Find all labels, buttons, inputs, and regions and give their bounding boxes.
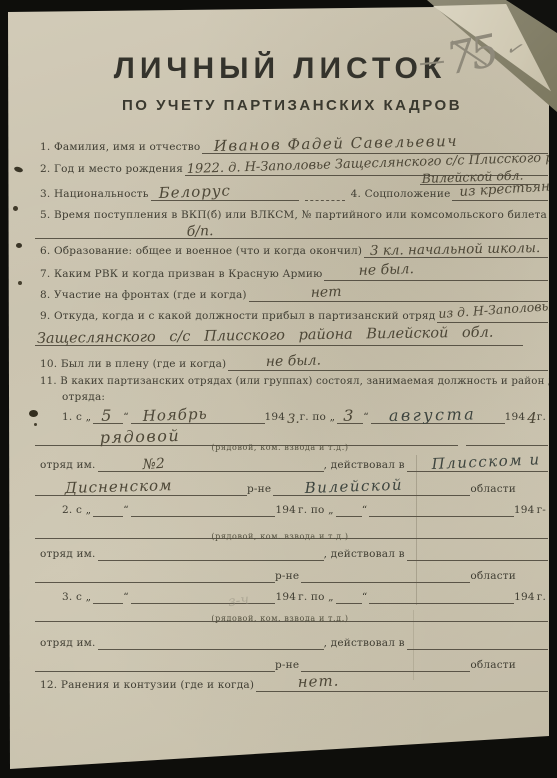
field-9-row: 9. Откуда, когда и с какой должности при… <box>40 308 548 323</box>
field-10-label: 10. Был ли в плену (где и когда) <box>40 358 228 371</box>
quote-mark: “ <box>363 411 371 424</box>
service-3-district-line <box>35 657 275 672</box>
otryad-label: отряд им. <box>40 637 98 650</box>
oblast-label: области <box>470 570 518 583</box>
printed-po: г. по „ <box>298 504 336 517</box>
field-12-row: 12. Ранения и контузии (где и когда) нет… <box>40 677 548 692</box>
service-1-month-from: Ноябрь <box>142 407 207 424</box>
ink-blot <box>29 410 38 417</box>
field-3-line: Белорус <box>151 186 299 201</box>
service-1-district-row: Дисненском р-не Вилейской области <box>35 481 518 496</box>
printed-year: 194 <box>275 591 298 604</box>
service-1-prefix: 1. с „ <box>62 411 93 424</box>
field-10-row: 10. Был ли в плену (где и когда) не был. <box>40 356 548 371</box>
hole-mark <box>13 206 18 211</box>
field-6-label: 6. Образование: общее и военное (что и к… <box>40 245 364 258</box>
document-title: ЛИЧНЫЙ ЛИСТОК <box>60 52 500 86</box>
field-9-handwritten: из д. Н-Заполовья <box>438 299 557 320</box>
field-4-line: из крестьян <box>452 186 548 201</box>
otryad-label: отряд им. <box>40 548 98 561</box>
service-3-oblast-line <box>301 657 470 672</box>
field-7-line: не был. <box>324 266 548 281</box>
field-1-row: 1. Фамилия, имя и отчество Иванов Фадей … <box>40 139 548 154</box>
printed-year: 194 <box>514 591 537 604</box>
service-1-unit-line: №2 <box>98 457 324 472</box>
service-2-day-to-line <box>336 502 362 517</box>
field-8-line: нет <box>249 287 548 302</box>
service-1-district-line: Дисненском <box>35 481 247 496</box>
field-12-line: нет. <box>256 677 548 692</box>
field-3-label: 3. Национальность <box>40 188 151 201</box>
field-4-label: 4. Соцположение <box>351 188 453 201</box>
rank-caption-1: (рядовой, ком. взвода и т.д.) <box>150 443 410 452</box>
service-row-1-dates: 1. с „ 5 “ Ноябрь 194 3. г. по „ 3 “ авг… <box>62 409 548 424</box>
field-11-label-line1: 11. В каких партизанских отрядах (или гр… <box>40 376 557 389</box>
field-9-row2: Защеслянского с/с Плисского района Вилей… <box>35 331 523 346</box>
rne-label: р-не <box>275 570 301 583</box>
acted-label: , действовал в <box>324 637 407 650</box>
field-12-label: 12. Ранения и контузии (где и когда) <box>40 679 256 692</box>
service-1-unit: №2 <box>142 457 165 472</box>
printed-year: 194 <box>275 504 298 517</box>
service-2-month-to-line <box>369 502 514 517</box>
service-2-district-row: р-не области <box>35 568 518 583</box>
service-2-prefix: 2. с „ <box>62 504 93 517</box>
hole-mark <box>18 281 22 285</box>
rne-label: р-не <box>247 483 273 496</box>
field-9-handwritten2: Защеслянского с/с Плисского района Вилей… <box>37 325 494 346</box>
field-6-row: 6. Образование: общее и военное (что и к… <box>40 243 548 258</box>
service-3-prefix: 3. с „ <box>62 591 93 604</box>
field-6-handwritten: 3 кл. начальной школы. <box>370 242 541 258</box>
service-3-month-from-line <box>131 589 276 604</box>
service-1-month-to: августа <box>389 406 477 424</box>
field-8-label: 8. Участие на фронтах (где и когда) <box>40 289 249 302</box>
service-1-rank-row-right <box>466 431 548 446</box>
service-1-year-from-digit: 3. <box>287 413 299 426</box>
service-1-day-to-line: 3 <box>337 409 363 424</box>
field-7-handwritten: не был. <box>359 262 415 278</box>
service-3-day-to-line <box>336 589 362 604</box>
service-2-acted-line <box>407 546 548 561</box>
printed-g: г. <box>537 411 548 424</box>
field-8-handwritten: нет <box>310 285 341 300</box>
printed-year: 194 <box>265 411 288 424</box>
field-9-label: 9. Откуда, когда и с какой должности при… <box>40 310 437 323</box>
field-12-handwritten: нет. <box>298 674 340 690</box>
service-2-month-from-line <box>131 502 276 517</box>
field-7-row: 7. Каким РВК и когда призван в Красную А… <box>40 266 548 281</box>
ink-dot <box>34 423 37 426</box>
printed-po: г. по „ <box>300 411 338 424</box>
printed-g: г. <box>537 591 548 604</box>
service-1-month-to-line: августа <box>371 409 505 424</box>
service-1-oblast: Вилейской <box>305 478 404 496</box>
service-3-unit-line <box>98 635 324 650</box>
field-4-handwritten: из крестьян <box>460 180 551 199</box>
quote-mark: “ <box>123 504 131 517</box>
acted-label: , действовал в <box>324 548 407 561</box>
field-10-handwritten: не был. <box>266 354 322 369</box>
field-5-handwritten: б/п. <box>187 224 214 239</box>
field-5-label: 5. Время поступления в ВКП(б) или ВЛКСМ,… <box>40 209 549 222</box>
field-9-line2: Защеслянского с/с Плисского района Вилей… <box>35 331 523 346</box>
document-subtitle: ПО УЧЕТУ ПАРТИЗАНСКИХ КАДРОВ <box>62 97 522 114</box>
otryad-label: отряд им. <box>40 459 98 472</box>
service-1-acted-line: Плисском и <box>407 457 548 472</box>
service-2-district-line <box>35 568 275 583</box>
service-3-district-row: р-не области <box>35 657 518 672</box>
field-11-label-row: 11. В каких партизанских отрядах (или гр… <box>40 376 548 389</box>
service-1-day-from-line: 5 <box>93 409 123 424</box>
service-2-unit-line <box>98 546 324 561</box>
quote-mark: “ <box>362 591 370 604</box>
field-5-row: 5. Время поступления в ВКП(б) или ВЛКСМ,… <box>40 207 548 222</box>
printed-g-dash: г- <box>537 504 548 517</box>
field-5-answer-row: б/п. <box>35 224 548 239</box>
service-2-day-from-line <box>93 502 123 517</box>
service-2-oblast-line <box>301 568 470 583</box>
service-3-day-from-line <box>93 589 123 604</box>
service-1-rank-line-right <box>466 431 548 446</box>
service-1-day-from: 5 <box>101 408 111 424</box>
paper-sheet: ЛИЧНЫЙ ЛИСТОК ПО УЧЕТУ ПАРТИЗАНСКИХ КАДР… <box>0 0 557 778</box>
filler-dashes <box>305 186 345 201</box>
oblast-label: области <box>470 483 518 496</box>
field-6-line: 3 кл. начальной школы. <box>364 243 548 258</box>
field-11-label-line2: отряда: <box>62 391 107 404</box>
field-5-answer-line: б/п. <box>35 224 548 239</box>
printed-year: 194 <box>505 411 528 424</box>
service-2-unit-row: отряд им. , действовал в <box>40 546 548 561</box>
field-9-line: из д. Н-Заполовья <box>437 308 548 323</box>
field-10-line: не был. <box>228 356 548 371</box>
service-1-acted-in: Плисском и <box>431 452 541 472</box>
field-2-label: 2. Год и место рождения <box>40 163 185 176</box>
fold-crease <box>413 610 414 680</box>
rank-caption-3: (рядовой, ком. взвода и т.д.) <box>150 614 410 623</box>
field-7-label: 7. Каким РВК и когда призван в Красную А… <box>40 268 324 281</box>
hole-mark <box>16 243 22 248</box>
quote-mark: “ <box>362 504 370 517</box>
service-3-acted-line <box>407 635 548 650</box>
field-1-handwritten: Иванов Фадей Савельевич <box>214 134 458 154</box>
oblast-label: области <box>470 659 518 672</box>
service-1-year-to-digit: 4 <box>527 411 537 426</box>
field-11-label-row2: отряда: <box>62 391 262 404</box>
service-3-month-to-line <box>369 589 514 604</box>
fold-crease <box>416 455 417 605</box>
quote-mark: “ <box>123 591 131 604</box>
field-8-row: 8. Участие на фронтах (где и когда) нет <box>40 287 548 302</box>
rne-label: р-не <box>275 659 301 672</box>
service-row-2-dates: 2. с „ “ 194 г. по „ “ 194 г- <box>62 502 548 517</box>
printed-po: г. по „ <box>298 591 336 604</box>
acted-label: , действовал в <box>324 459 407 472</box>
service-1-district: Дисненском <box>65 478 173 496</box>
service-1-month-from-line: Ноябрь <box>131 409 265 424</box>
service-1-day-to: 3 <box>343 408 353 424</box>
service-1-oblast-line: Вилейской <box>273 481 470 496</box>
printed-year: 194 <box>514 504 537 517</box>
field-3-handwritten: Белорус <box>158 183 231 201</box>
quote-mark: “ <box>123 411 131 424</box>
hole-mark <box>13 166 23 174</box>
service-1-unit-row: отряд им. №2 , действовал в Плисском и <box>40 457 548 472</box>
rank-caption-2: (рядовой, ком. взвода и т.д.) <box>150 532 410 541</box>
field-3-4-row: 3. Национальность Белорус 4. Соцположени… <box>40 186 548 201</box>
field-1-label: 1. Фамилия, имя и отчество <box>40 141 202 154</box>
pencil-checkmark-icon: ✓ <box>504 39 523 60</box>
service-row-3-dates: 3. с „ “ 194 г. по „ “ 194 г. <box>62 589 548 604</box>
service-3-unit-row: отряд им. , действовал в <box>40 635 548 650</box>
